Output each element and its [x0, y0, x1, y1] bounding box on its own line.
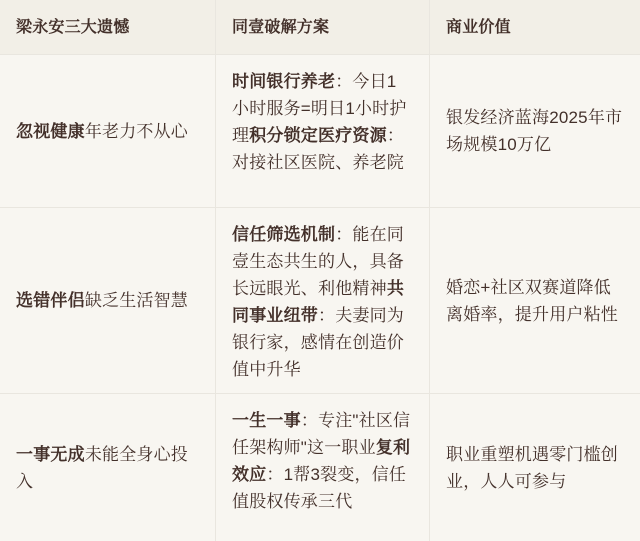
header-cell-value: 商业价值	[429, 0, 640, 54]
value-cell: 银发经济蓝海2025年市场规模10万亿	[429, 54, 640, 207]
header-cell-solution: 同壹破解方案	[215, 0, 429, 54]
cell-text: 信任筛选机制：能在同壹生态共生的人，具备长远眼光、利他精神共同事业纽带：夫妻同为…	[232, 225, 404, 379]
cell-text: 忽视健康年老力不从心	[16, 118, 188, 145]
cell-text: 一事无成未能全身心投入	[16, 441, 199, 495]
cell-text: 时间银行养老：今日1小时服务=明日1小时护理积分锁定医疗资源：对接社区医院、养老…	[232, 72, 407, 172]
value-cell: 职业重塑机遇零门槛创业，人人可参与	[429, 393, 640, 541]
regret-cell: 选错伴侣缺乏生活智慧	[0, 207, 215, 393]
comparison-table: 梁永安三大遗憾 同壹破解方案 商业价值 忽视健康年老力不从心 时间银行养老：今日…	[0, 0, 640, 541]
solution-cell: 一生一事：专注"社区信任架构师"这一职业复利效应：1帮3裂变，信任值股权传承三代	[215, 393, 429, 541]
solution-cell: 信任筛选机制：能在同壹生态共生的人，具备长远眼光、利他精神共同事业纽带：夫妻同为…	[215, 207, 429, 393]
value-cell: 婚恋+社区双赛道降低离婚率，提升用户粘性	[429, 207, 640, 393]
cell-text: 选错伴侣缺乏生活智慧	[16, 287, 188, 314]
regret-cell: 忽视健康年老力不从心	[0, 54, 215, 207]
solution-cell: 时间银行养老：今日1小时服务=明日1小时护理积分锁定医疗资源：对接社区医院、养老…	[215, 54, 429, 207]
cell-text: 一生一事：专注"社区信任架构师"这一职业复利效应：1帮3裂变，信任值股权传承三代	[232, 411, 410, 511]
header-cell-regrets: 梁永安三大遗憾	[0, 0, 215, 54]
regret-cell: 一事无成未能全身心投入	[0, 393, 215, 541]
